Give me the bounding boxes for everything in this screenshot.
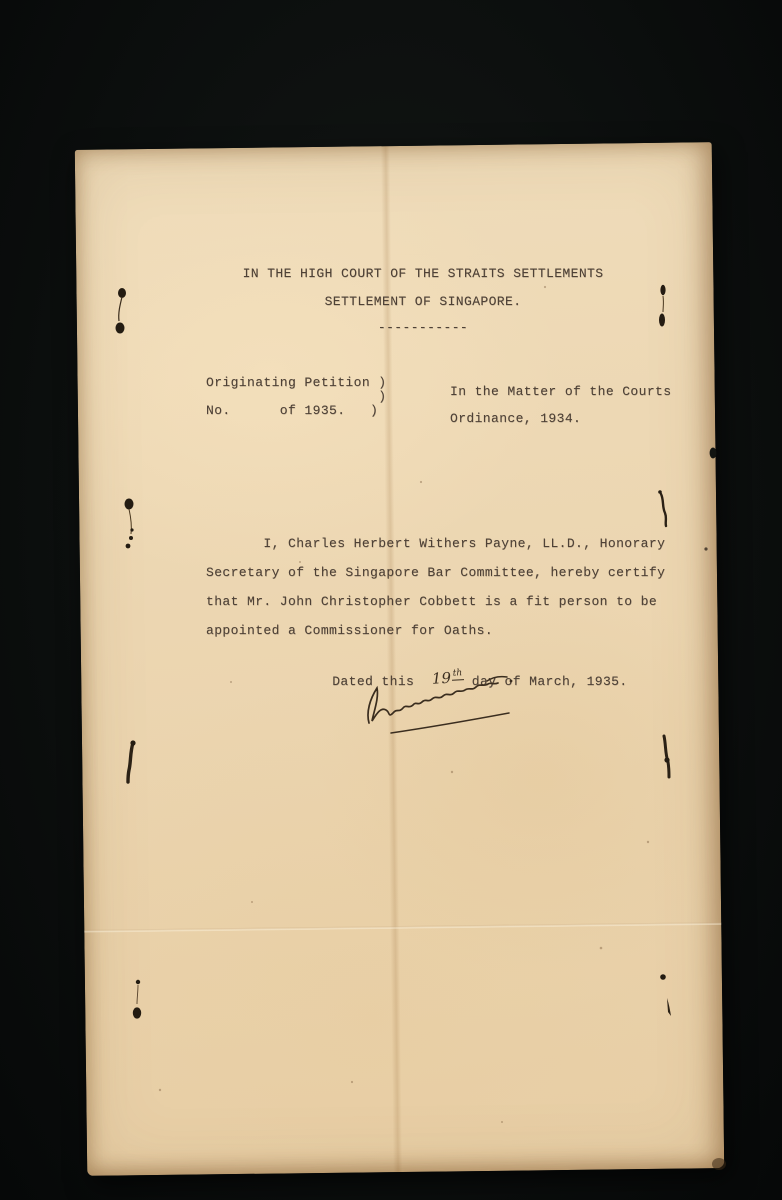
handwritten-day: 19th [431, 663, 463, 697]
dated-suffix: day of March, 1935. [472, 674, 628, 689]
dated-line: Dated this19thday of March, 1935. [283, 637, 628, 727]
paper-edge-chip [710, 448, 717, 459]
fastener-mark-right-2 [658, 490, 666, 526]
photo-background: IN THE HIGH COURT OF THE STRAITS SETTLEM… [0, 0, 782, 1200]
court-heading-line1: IN THE HIGH COURT OF THE STRAITS SETTLEM… [243, 259, 604, 288]
petition-reference-block: Originating Petition ) ) No. of 1935. ) [206, 376, 386, 418]
corner-smudge [712, 1158, 726, 1170]
fastener-mark-left-2 [125, 499, 134, 549]
matter-line1: In the Matter of the Courts [450, 377, 671, 406]
fastener-mark-left-4 [133, 980, 141, 1019]
fastener-mark-right-4 [660, 974, 671, 1016]
fastener-mark-left-3 [128, 740, 136, 782]
court-heading-line2: SETTLEMENT OF SINGAPORE. [325, 287, 522, 316]
handwritten-day-ordinal: th [452, 668, 464, 681]
certification-paragraph: I, Charles Herbert Withers Payne, LL.D.,… [206, 529, 665, 645]
fastener-mark-right-1 [659, 285, 666, 327]
typewritten-content: IN THE HIGH COURT OF THE STRAITS SETTLEM… [0, 0, 782, 1200]
heading-divider-dashes: ----------- [378, 313, 468, 342]
fastener-mark-left-1 [116, 288, 127, 334]
dated-prefix: Dated this [332, 674, 414, 689]
matter-line2: Ordinance, 1934. [450, 404, 581, 433]
fastener-mark-right-3 [664, 736, 670, 777]
